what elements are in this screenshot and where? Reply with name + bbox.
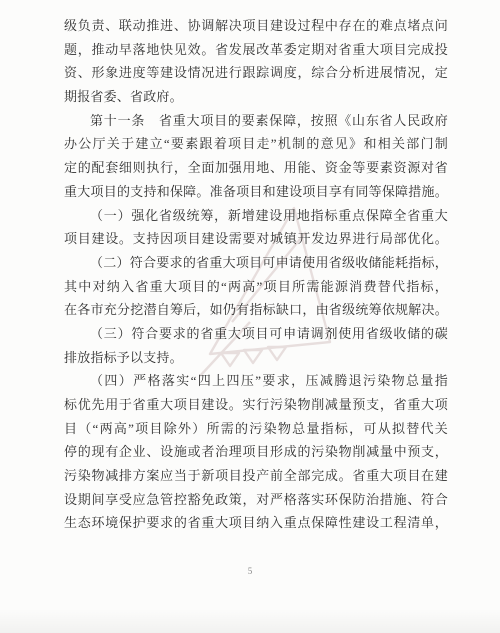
text-line: 停的现有企业、设施或者治理项目形成的污染物削减量中预支，	[64, 440, 448, 464]
text-line: 办公厅关于建立“要素跟着项目走”机制的意见》和相关部门制	[64, 132, 448, 156]
text-line: （四）严格落实“四上四压”要求，压减腾退污染物总量指	[64, 369, 448, 393]
text-line: 污染物减排方案应当于新项目投产前全部完成。省重大项目在建	[64, 464, 448, 488]
document-page: 级负责、联动推进、协调解决项目建设过程中存在的难点堵点问题，推动早落地快见效。省…	[0, 0, 500, 633]
text-line: 级负责、联动推进、协调解决项目建设过程中存在的难点堵点问	[64, 14, 448, 38]
text-line: 排放指标予以支持。	[64, 346, 448, 370]
text-line: （三）符合要求的省重大项目可申请调剂使用省级收储的碳	[64, 322, 448, 346]
text-line: 第十一条 省重大项目的要素保障，按照《山东省人民政府	[64, 109, 448, 133]
text-line: 生态环境保护要求的省重大项目纳入重点保障性建设工程清单，	[64, 511, 448, 535]
text-line: 目（“两高”项目除外）所需的污染物总量指标，可从拟替代关	[64, 417, 448, 441]
text-line: 重大项目的支持和保障。准备项目和建设项目享有同等保障措施。	[64, 180, 448, 204]
text-line: 定的配套细则执行，全面加强用地、用能、资金等要素资源对省	[64, 156, 448, 180]
text-line: 设期间享受应急管控豁免政策，对严格落实环保防治措施、符合	[64, 488, 448, 512]
text-line: （一）强化省级统筹，新增建设用地指标重点保障全省重大	[64, 204, 448, 228]
page-number: 5	[0, 566, 500, 576]
text-line: 项目建设。支持因项目建设需要对城镇开发边界进行局部优化。	[64, 227, 448, 251]
text-line: 其中对纳入省重大项目的“两高”项目所需能源消费替代指标，	[64, 275, 448, 299]
text-line: （二）符合要求的省重大项目可申请使用省级收储能耗指标，	[64, 251, 448, 275]
text-block: 级负责、联动推进、协调解决项目建设过程中存在的难点堵点问题，推动早落地快见效。省…	[64, 14, 448, 535]
text-line: 标优先用于省重大项目建设。实行污染物削减量预支，省重大项	[64, 393, 448, 417]
text-line: 在各市充分挖潜自筹后，如仍有指标缺口，由省级统筹依规解决。	[64, 298, 448, 322]
text-line: 期报省委、省政府。	[64, 85, 448, 109]
text-line: 资、形象进度等建设情况进行跟踪调度，综合分析进展情况，定	[64, 61, 448, 85]
text-line: 题，推动早落地快见效。省发展改革委定期对省重大项目完成投	[64, 38, 448, 62]
